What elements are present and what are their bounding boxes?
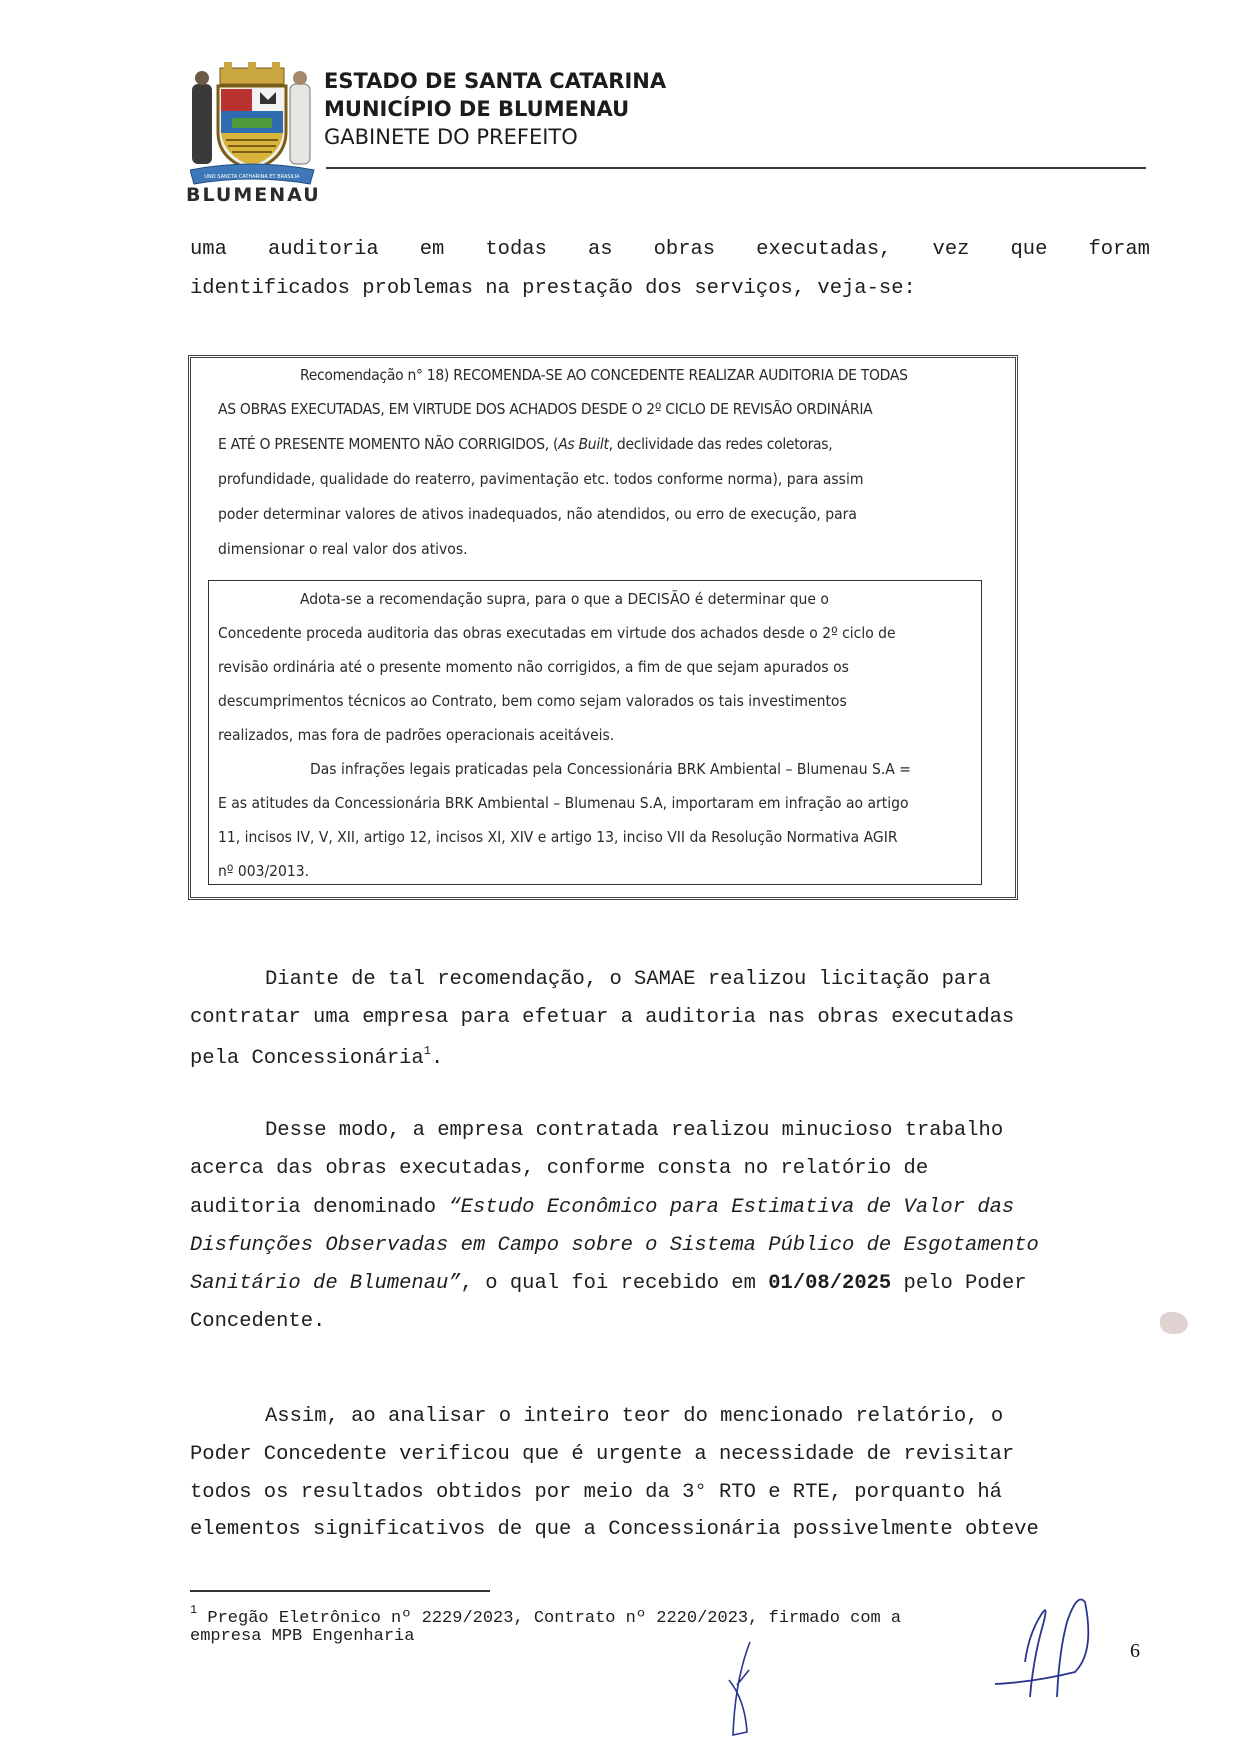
- word: as: [588, 238, 613, 261]
- header-municipality: MUNICÍPIO DE BLUMENAU: [324, 96, 629, 123]
- footnote-divider: [190, 1590, 490, 1592]
- quote-italic: As Built: [558, 435, 608, 453]
- paragraph-1-line-1: Diante de tal recomendação, o SAMAE real…: [265, 968, 1150, 991]
- quote-line: poder determinar valores de ativos inade…: [218, 505, 1000, 523]
- decision-line: Das infrações legais praticadas pela Con…: [310, 760, 1068, 778]
- paragraph-2-line-1: Desse modo, a empresa contratada realizo…: [265, 1119, 1150, 1142]
- word: todas: [485, 238, 547, 261]
- word: obras: [654, 238, 716, 261]
- paragraph-2-line-2: acerca das obras executadas, conforme co…: [190, 1157, 1150, 1180]
- decision-line: Adota-se a recomendação supra, para o qu…: [300, 590, 1058, 608]
- document-page: UNO SANCTA CATHARINA ET BRASILIA BLUMENA…: [0, 0, 1240, 1753]
- word: em: [420, 238, 445, 261]
- word: executadas,: [756, 238, 891, 261]
- quote-line: AS OBRAS EXECUTADAS, EM VIRTUDE DOS ACHA…: [218, 400, 1000, 418]
- signature-icon: [985, 1592, 1105, 1702]
- crest-label: BLUMENAU: [186, 184, 316, 206]
- decision-line: realizados, mas fora de padrões operacio…: [218, 726, 976, 744]
- quote-line: E ATÉ O PRESENTE MOMENTO NÃO CORRIGIDOS,…: [218, 435, 1000, 453]
- header-state: ESTADO DE SANTA CATARINA: [324, 68, 666, 95]
- word: auditoria: [268, 238, 379, 261]
- paragraph-3-line-2: Poder Concedente verificou que é urgente…: [190, 1443, 1150, 1466]
- quote-text: E ATÉ O PRESENTE MOMENTO NÃO CORRIGIDOS,: [218, 435, 549, 453]
- footnote-line-2: empresa MPB Engenharia: [190, 1627, 414, 1646]
- paragraph-1-line-2: contratar uma empresa para efetuar a aud…: [190, 1006, 1150, 1029]
- report-title: “Estudo Econômico para Estimativa de Val…: [448, 1196, 1014, 1219]
- initials-signature-icon: [715, 1640, 765, 1740]
- decision-line: descumprimentos técnicos ao Contrato, be…: [218, 692, 976, 710]
- paragraph-3-line-4: elementos significativos de que a Conces…: [190, 1518, 1150, 1541]
- decision-line: E as atitudes da Concessionária BRK Ambi…: [218, 794, 976, 812]
- paragraph-2-line-6: Concedente.: [190, 1310, 1150, 1333]
- paragraph-3-line-1: Assim, ao analisar o inteiro teor do men…: [265, 1405, 1150, 1428]
- decision-line: nº 003/2013.: [218, 862, 976, 880]
- header-office: GABINETE DO PREFEITO: [324, 124, 578, 151]
- quote-line: dimensionar o real valor dos ativos.: [218, 540, 1000, 558]
- received-date: 01/08/2025: [768, 1272, 891, 1295]
- intro-line-2: identificados problemas na prestação dos…: [190, 277, 1150, 300]
- scan-smudge: [1160, 1312, 1188, 1334]
- word: vez: [933, 238, 970, 261]
- quote-text: , declividade das redes coletoras,: [609, 435, 833, 453]
- word: foram: [1088, 238, 1150, 261]
- paragraph-1-line-3: pela Concessionária1.: [190, 1044, 1150, 1070]
- header-divider: [326, 167, 1146, 169]
- svg-text:UNO SANCTA CATHARINA ET BRASIL: UNO SANCTA CATHARINA ET BRASILIA: [204, 174, 300, 180]
- footnote-number: 1: [190, 1603, 197, 1617]
- decision-line: Concedente proceda auditoria das obras e…: [218, 624, 976, 642]
- paragraph-2-line-4: Disfunções Observadas em Campo sobre o S…: [190, 1234, 1150, 1257]
- decision-line: 11, incisos IV, V, XII, artigo 12, incis…: [218, 828, 976, 846]
- intro-line-1: uma auditoria em todas as obras executad…: [190, 238, 1150, 261]
- page-number: 6: [1130, 1640, 1140, 1663]
- footnote-reference[interactable]: 1: [424, 1044, 431, 1058]
- quote-line: profundidade, qualidade do reaterro, pav…: [218, 470, 1000, 488]
- paragraph-3-line-3: todos os resultados obtidos por meio da …: [190, 1481, 1150, 1504]
- word: que: [1010, 238, 1047, 261]
- word: uma: [190, 238, 227, 261]
- footnote-line-1: 1 Pregão Eletrônico nº 2229/2023, Contra…: [190, 1603, 901, 1628]
- blumenau-coat-of-arms-icon: UNO SANCTA CATHARINA ET BRASILIA: [190, 62, 315, 192]
- paragraph-2-line-5: Sanitário de Blumenau”, o qual foi receb…: [190, 1272, 1150, 1295]
- quote-line: Recomendação n° 18) RECOMENDA-SE AO CONC…: [300, 366, 1082, 384]
- decision-line: revisão ordinária até o presente momento…: [218, 658, 976, 676]
- paragraph-2-line-3: auditoria denominado “Estudo Econômico p…: [190, 1196, 1150, 1219]
